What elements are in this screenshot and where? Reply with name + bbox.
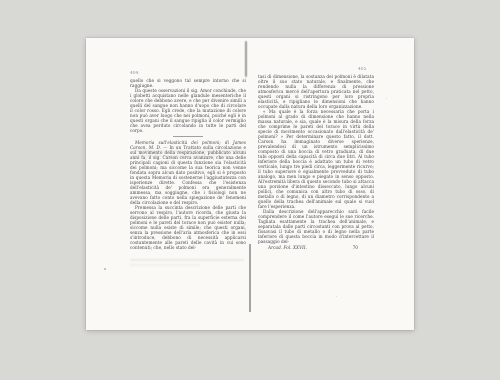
paragraph: Dalla descrizione dell'apparecchio sarà … (258, 209, 374, 244)
paragraph-continuation: quello che si veggono tal sempre intorno… (130, 78, 246, 88)
page-number-left: 404 (130, 71, 138, 76)
paragraph-continuation: tasi di dimensione, la sostanza dei polm… (258, 74, 374, 109)
article-start-paragraph: Memoria sull'elasticità dei polmoni; di … (130, 140, 246, 205)
scanned-page-spread: 404 405 quello che si veggono tal sempre… (86, 38, 414, 330)
colophon-line: Arcad. Fol. XXVII. 70 (258, 245, 374, 250)
bleedthrough-ghost-line (130, 259, 244, 261)
bleedthrough-ghost-line (130, 264, 200, 266)
paragraph: Da queste osservazioni il sig. Amor conc… (130, 88, 246, 133)
paragraph: « Ma quale è la forza necessaria che por… (258, 109, 374, 209)
book-gutter-shadow-top (245, 41, 247, 77)
left-page-text-column: quello che si veggono tal sempre intorno… (130, 78, 246, 250)
gathering-signature: 70 (353, 245, 358, 250)
section-separator-rule (173, 136, 203, 137)
article-body-text: In un Trattato sulla circolazione e sul … (130, 145, 246, 205)
citation-text: Arcad. Fol. XXVII. (268, 245, 307, 250)
dust-speck (104, 268, 106, 270)
page-number-right: 405 (358, 67, 366, 72)
dust-speck (386, 98, 387, 99)
paragraph: Premessa la succinta descrizione delle p… (130, 205, 246, 250)
book-gutter-shadow-bottom (249, 244, 251, 312)
right-page-text-column: tasi di dimensione, la sostanza dei polm… (258, 74, 374, 250)
dust-speck (336, 296, 337, 297)
